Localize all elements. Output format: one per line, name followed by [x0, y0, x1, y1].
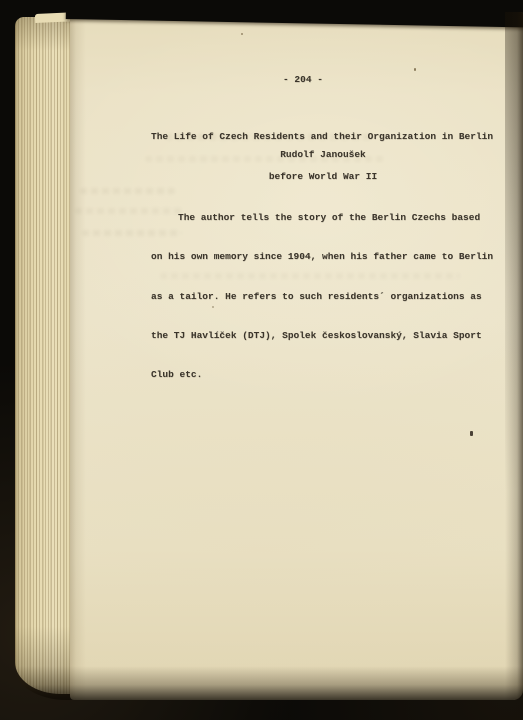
page-sheet: - 204 - The Life of Czech Residents and … — [70, 12, 523, 700]
abstract-line: on his own memory since 1904, when his f… — [151, 249, 511, 264]
paper-speck — [470, 431, 473, 436]
abstract-paragraph: The author tells the story of the Berlin… — [151, 186, 511, 406]
photo-background: - 204 - The Life of Czech Residents and … — [0, 0, 523, 720]
article-title-line-1: The Life of Czech Residents and their Or… — [151, 131, 495, 143]
abstract-line: The author tells the story of the Berlin… — [151, 210, 511, 225]
right-edge-shadow — [505, 12, 523, 700]
abstract-line: the TJ Havlíček (DTJ), Spolek českoslova… — [151, 328, 511, 343]
book-page: - 204 - The Life of Czech Residents and … — [14, 12, 523, 700]
page-number: - 204 - — [258, 74, 348, 86]
paper-speck — [414, 68, 416, 71]
article-title-line-2: before World War II — [151, 171, 495, 183]
abstract-line: as a tailor. He refers to such residents… — [151, 289, 511, 304]
abstract-line: Club etc. — [151, 367, 511, 382]
bottom-edge-shadow — [14, 666, 523, 700]
paper-speck — [212, 306, 214, 308]
author-name: Rudolf Janoušek — [151, 149, 495, 161]
paper-speck — [241, 33, 243, 35]
